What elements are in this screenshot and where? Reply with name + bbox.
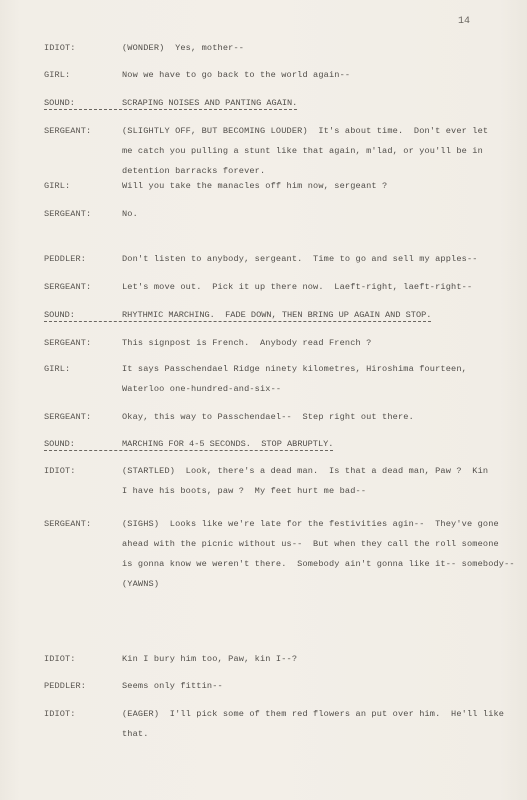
sound-underline bbox=[44, 109, 297, 110]
sound-cue-text: SOUND:RHYTHMIC MARCHING. FADE DOWN, THEN… bbox=[44, 310, 431, 320]
dialogue-line: (YAWNS) bbox=[122, 579, 517, 599]
dialogue-text: (STARTLED) Look, there's a dead man. Is … bbox=[122, 466, 517, 506]
speaker-label: GIRL: bbox=[44, 364, 70, 374]
dialogue-text: Okay, this way to Passchendael-- Step ri… bbox=[122, 412, 517, 432]
dialogue-text: Will you take the manacles off him now, … bbox=[122, 181, 517, 201]
speaker-label: SERGEANT: bbox=[44, 338, 91, 348]
dialogue-text: Kin I bury him too, Paw, kin I--? bbox=[122, 654, 517, 674]
dialogue-line: Seems only fittin-- bbox=[122, 681, 517, 701]
speaker-label: SOUND: bbox=[44, 98, 122, 108]
speaker-label: GIRL: bbox=[44, 70, 70, 80]
speaker-label: SERGEANT: bbox=[44, 519, 91, 529]
speaker-label: SOUND: bbox=[44, 439, 122, 449]
dialogue-line: Will you take the manacles off him now, … bbox=[122, 181, 517, 201]
sound-underline bbox=[44, 321, 431, 322]
sound-underline bbox=[44, 450, 333, 451]
dialogue-text: Now we have to go back to the world agai… bbox=[122, 70, 517, 90]
dialogue-text: It says Passchendael Ridge ninety kilome… bbox=[122, 364, 517, 404]
dialogue-line: This signpost is French. Anybody read Fr… bbox=[122, 338, 517, 358]
dialogue-line: Let's move out. Pick it up there now. La… bbox=[122, 282, 517, 302]
speaker-label: SERGEANT: bbox=[44, 126, 91, 136]
dialogue-line: Now we have to go back to the world agai… bbox=[122, 70, 517, 90]
sound-description: MARCHING FOR 4-5 SECONDS. STOP ABRUPTLY. bbox=[122, 439, 333, 449]
speaker-label: IDIOT: bbox=[44, 654, 76, 664]
dialogue-line: me catch you pulling a stunt like that a… bbox=[122, 146, 517, 166]
dialogue-line: Okay, this way to Passchendael-- Step ri… bbox=[122, 412, 517, 432]
speaker-label: PEDDLER: bbox=[44, 681, 86, 691]
speaker-label: IDIOT: bbox=[44, 43, 76, 53]
speaker-label: SERGEANT: bbox=[44, 412, 91, 422]
dialogue-line: (WONDER) Yes, mother-- bbox=[122, 43, 517, 63]
dialogue-line: (EAGER) I'll pick some of them red flowe… bbox=[122, 709, 517, 729]
dialogue-line: ahead with the picnic without us-- But w… bbox=[122, 539, 517, 559]
page-number: 14 bbox=[458, 16, 470, 27]
dialogue-line: I have his boots, paw ? My feet hurt me … bbox=[122, 486, 517, 506]
typescript-page: 14 IDIOT:(WONDER) Yes, mother--GIRL:Now … bbox=[0, 0, 527, 800]
dialogue-text: Don't listen to anybody, sergeant. Time … bbox=[122, 254, 517, 274]
speaker-label: GIRL: bbox=[44, 181, 70, 191]
dialogue-text: Let's move out. Pick it up there now. La… bbox=[122, 282, 517, 302]
sound-description: RHYTHMIC MARCHING. FADE DOWN, THEN BRING… bbox=[122, 310, 431, 320]
dialogue-line: No. bbox=[122, 209, 517, 229]
dialogue-line: is gonna know we weren't there. Somebody… bbox=[122, 559, 517, 579]
dialogue-text: (SLIGHTLY OFF, BUT BECOMING LOUDER) It's… bbox=[122, 126, 517, 186]
dialogue-line: It says Passchendael Ridge ninety kilome… bbox=[122, 364, 517, 384]
dialogue-line: Kin I bury him too, Paw, kin I--? bbox=[122, 654, 517, 674]
dialogue-text: This signpost is French. Anybody read Fr… bbox=[122, 338, 517, 358]
dialogue-text: (EAGER) I'll pick some of them red flowe… bbox=[122, 709, 517, 749]
speaker-label: IDIOT: bbox=[44, 709, 76, 719]
speaker-label: SERGEANT: bbox=[44, 209, 91, 219]
dialogue-text: No. bbox=[122, 209, 517, 229]
dialogue-line: Waterloo one-hundred-and-six-- bbox=[122, 384, 517, 404]
dialogue-line: Don't listen to anybody, sergeant. Time … bbox=[122, 254, 517, 274]
dialogue-line: that. bbox=[122, 729, 517, 749]
dialogue-line: (SIGHS) Looks like we're late for the fe… bbox=[122, 519, 517, 539]
sound-cue-text: SOUND:SCRAPING NOISES AND PANTING AGAIN. bbox=[44, 98, 297, 108]
speaker-label: IDIOT: bbox=[44, 466, 76, 476]
speaker-label: PEDDLER: bbox=[44, 254, 86, 264]
speaker-label: SERGEANT: bbox=[44, 282, 91, 292]
sound-cue-text: SOUND:MARCHING FOR 4-5 SECONDS. STOP ABR… bbox=[44, 439, 333, 449]
dialogue-text: Seems only fittin-- bbox=[122, 681, 517, 701]
dialogue-line: (SLIGHTLY OFF, BUT BECOMING LOUDER) It's… bbox=[122, 126, 517, 146]
dialogue-line: (STARTLED) Look, there's a dead man. Is … bbox=[122, 466, 517, 486]
dialogue-text: (WONDER) Yes, mother-- bbox=[122, 43, 517, 63]
dialogue-text: (SIGHS) Looks like we're late for the fe… bbox=[122, 519, 517, 599]
speaker-label: SOUND: bbox=[44, 310, 122, 320]
sound-description: SCRAPING NOISES AND PANTING AGAIN. bbox=[122, 98, 297, 108]
